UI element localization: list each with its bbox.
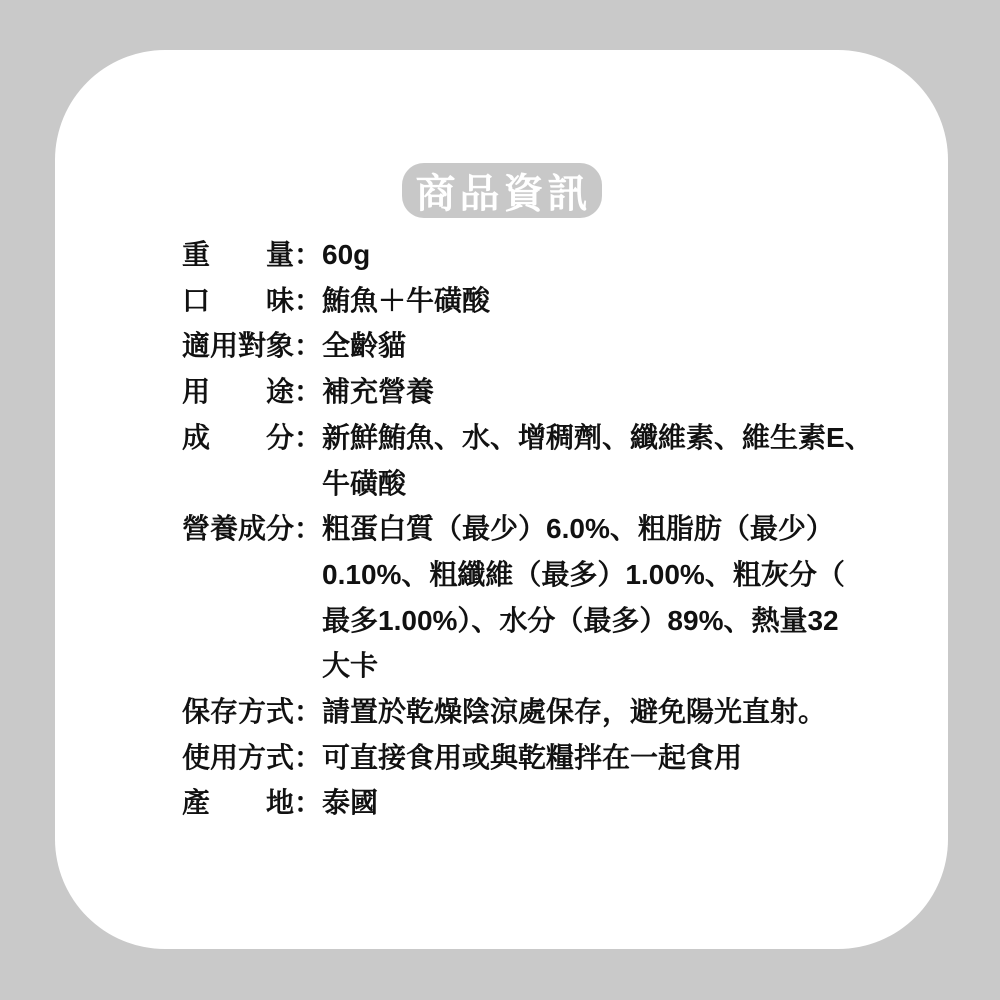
info-row-target: 適用對象 ： 全齡貓 — [182, 323, 898, 369]
info-row-usage: 使用方式 ： 可直接食用或與乾糧拌在一起食用 — [182, 735, 898, 781]
label-colon: ： — [294, 780, 322, 826]
info-label: 產地 — [182, 780, 294, 826]
info-label: 口味 — [182, 278, 294, 324]
info-row-ingredients: 成分 ： 新鮮鮪魚、水、增稠劑、纖維素、維生素E、 牛磺酸 — [182, 415, 898, 506]
info-label: 重量 — [182, 232, 294, 278]
product-info-card: 商品資訊 重量 ： 60g 口味 ： 鮪魚＋牛磺酸 適用對象 ： 全齡貓 用途 … — [55, 50, 948, 949]
info-value: 可直接食用或與乾糧拌在一起食用 — [322, 735, 898, 781]
info-label: 用途 — [182, 369, 294, 415]
label-colon: ： — [294, 323, 322, 369]
page-title: 商品資訊 — [412, 162, 592, 219]
info-row-storage: 保存方式 ： 請置於乾燥陰涼處保存，避免陽光直射。 — [182, 689, 898, 735]
info-label: 成分 — [182, 415, 294, 461]
info-value: 新鮮鮪魚、水、增稠劑、纖維素、維生素E、 牛磺酸 — [322, 415, 898, 506]
info-row-nutrition: 營養成分 ： 粗蛋白質（最少）6.0%、粗脂肪（最少） 0.10%、粗纖維（最多… — [182, 506, 898, 689]
info-value: 全齡貓 — [322, 323, 898, 369]
info-value: 60g — [322, 232, 898, 278]
info-value: 請置於乾燥陰涼處保存，避免陽光直射。 — [322, 689, 898, 735]
title-badge: 商品資訊 — [402, 163, 602, 218]
info-value: 補充營養 — [322, 369, 898, 415]
info-row-origin: 產地 ： 泰國 — [182, 780, 898, 826]
info-label: 保存方式 — [182, 689, 294, 735]
info-row-flavor: 口味 ： 鮪魚＋牛磺酸 — [182, 278, 898, 324]
label-colon: ： — [294, 278, 322, 324]
info-value: 粗蛋白質（最少）6.0%、粗脂肪（最少） 0.10%、粗纖維（最多）1.00%、… — [322, 506, 898, 689]
info-label: 適用對象 — [182, 323, 294, 369]
product-info-list: 重量 ： 60g 口味 ： 鮪魚＋牛磺酸 適用對象 ： 全齡貓 用途 ： 補充營… — [182, 232, 898, 826]
label-colon: ： — [294, 506, 322, 552]
label-colon: ： — [294, 735, 322, 781]
info-row-purpose: 用途 ： 補充營養 — [182, 369, 898, 415]
label-colon: ： — [294, 232, 322, 278]
label-colon: ： — [294, 415, 322, 461]
info-row-weight: 重量 ： 60g — [182, 232, 898, 278]
info-label: 營養成分 — [182, 506, 294, 552]
label-colon: ： — [294, 689, 322, 735]
info-value: 泰國 — [322, 780, 898, 826]
info-value: 鮪魚＋牛磺酸 — [322, 278, 898, 324]
info-label: 使用方式 — [182, 735, 294, 781]
label-colon: ： — [294, 369, 322, 415]
